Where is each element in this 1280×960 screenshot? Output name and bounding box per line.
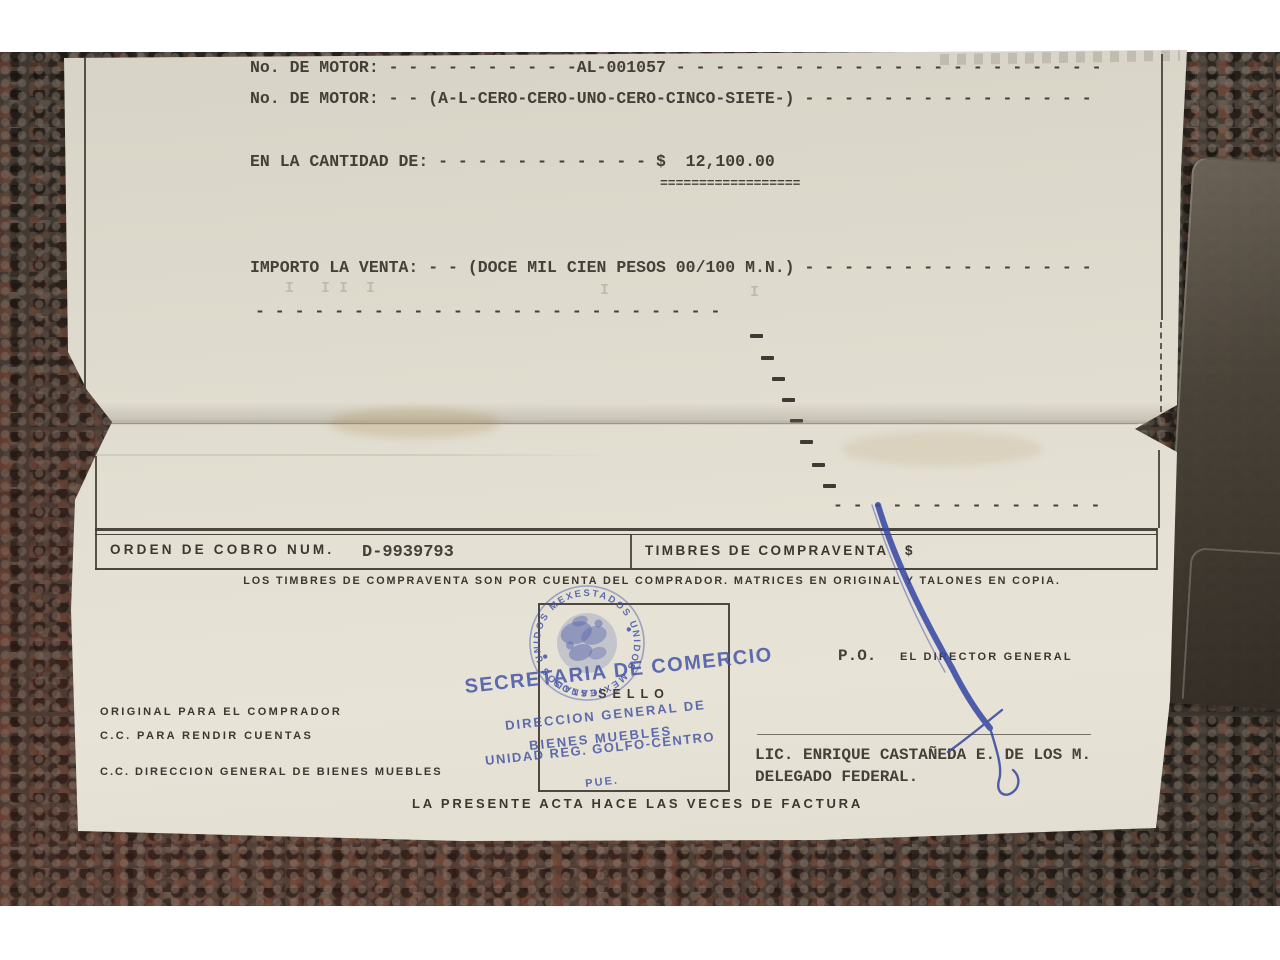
motor-line-1: No. DE MOTOR: - - - - - - - - - -AL-0010… [250,58,1182,77]
ghost-mark: I [750,284,759,301]
distribution-line-2: C.C. PARA RENDIR CUENTAS [100,730,313,742]
letterbox-bottom [0,906,1280,960]
document-paper: No. DE MOTOR: - - - - - - - - - -AL-0010… [62,50,1188,846]
form-left-border-upper [84,58,86,416]
stain [330,408,500,438]
fold-dash [800,440,813,444]
photo-of-document: No. DE MOTOR: - - - - - - - - - -AL-0010… [0,0,1280,960]
fold-dash [823,484,836,488]
table-divider [630,534,632,568]
amount-line: EN LA CANTIDAD DE: - - - - - - - - - - -… [250,152,1182,171]
plastic-sleeve-inner-edge [1182,547,1280,705]
dash-row: - - - - - - - - - - - - - - - - - - - - … [255,302,755,321]
distribution-line-1: ORIGINAL PARA EL COMPRADOR [100,706,342,718]
factura-footer-line: LA PRESENTE ACTA HACE LAS VECES DE FACTU… [412,796,863,811]
importo-line: IMPORTO LA VENTA: - - (DOCE MIL CIEN PES… [250,258,1182,277]
fold-crease [110,422,1138,425]
table-left-border [95,528,97,570]
fold-dash [772,377,785,381]
table-right-border [1156,528,1158,570]
fold-dash [812,463,825,467]
order-number-value: D-9939793 [362,543,454,562]
ghost-mark: I [600,282,609,299]
form-right-border-dashed [1160,322,1162,412]
fold-crease-secondary [95,454,615,456]
ghost-marks: I I I I [285,280,375,297]
motor-line-2: No. DE MOTOR: - - (A-L-CERO-CERO-UNO-CER… [250,89,1182,108]
order-number-label: ORDEN DE COBRO NUM. [110,542,334,557]
round-official-stamp: ESTADOS UNIDOS MEXICANOS ESTADOS UNIDOS … [512,568,662,718]
pen-signature [850,495,1060,835]
distribution-line-3: C.C. DIRECCION GENERAL DE BIENES MUEBLES [100,766,443,778]
fold-dash [761,356,774,360]
fold-shadow [72,402,1172,424]
letterbox-top [0,0,1280,52]
amount-underline: ================== [660,176,802,191]
fold-dash [750,334,763,338]
stain [842,432,1042,466]
form-left-border-lower [95,456,97,528]
form-right-border-lower [1158,450,1160,528]
